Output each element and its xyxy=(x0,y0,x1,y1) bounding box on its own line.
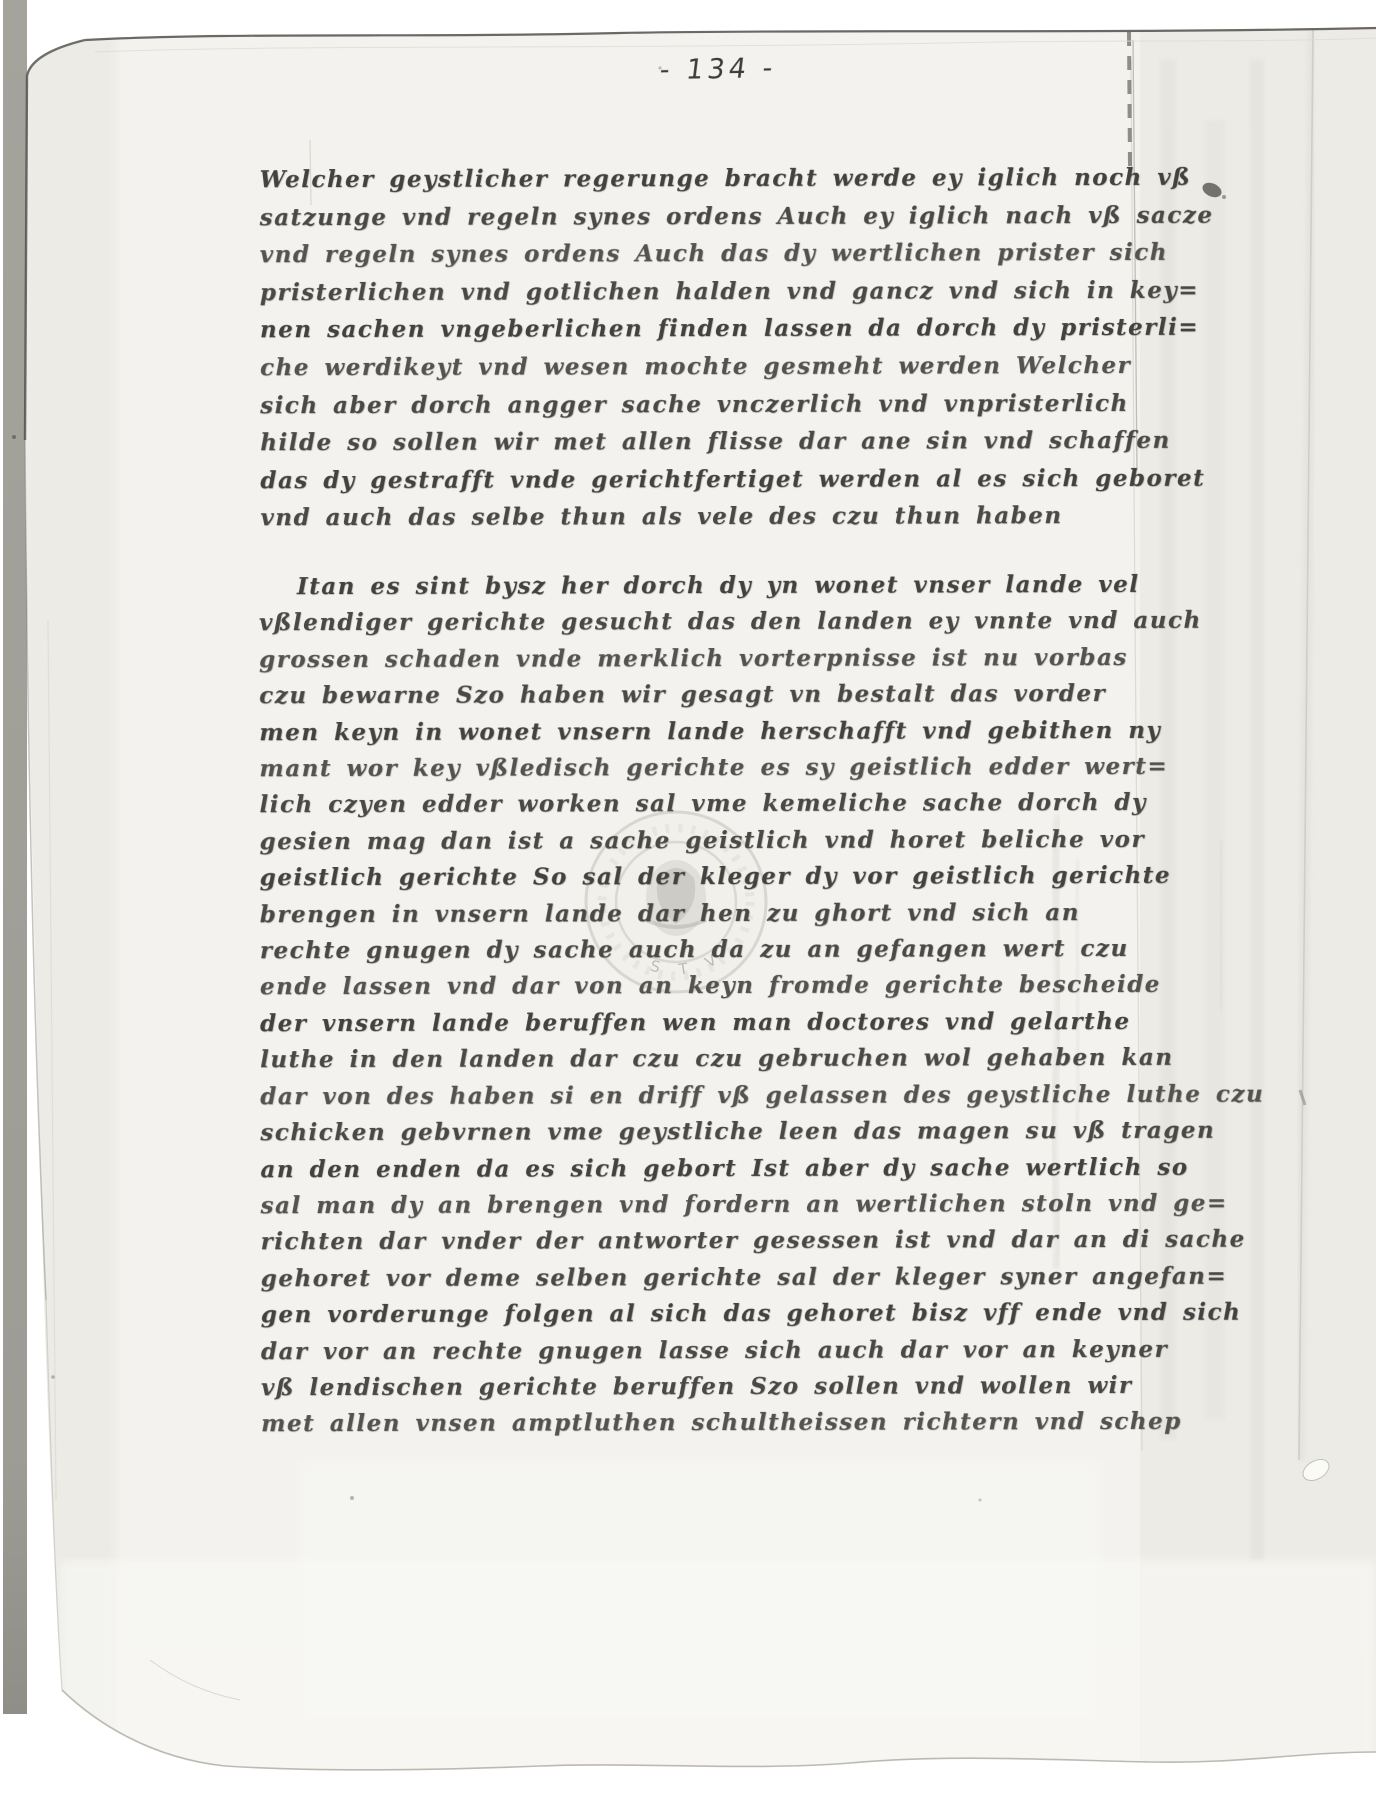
manuscript-line: an den enden da es sich gebort Ist aber … xyxy=(260,1149,1190,1188)
manuscript-line: met allen vnsen amptluthen schultheissen… xyxy=(261,1404,1191,1443)
page-number: - 134 - xyxy=(658,53,782,86)
manuscript-paragraph-1: Welcher geystlicher regerunge bracht wer… xyxy=(260,159,1191,537)
manuscript-line: grossen schaden vnde merklich vorterpnis… xyxy=(259,640,1189,679)
manuscript-line: gesien mag dan ist a sache geistlich vnd… xyxy=(260,822,1190,861)
manuscript-line: czu bewarne Szo haben wir gesagt vn best… xyxy=(259,676,1189,715)
manuscript-line: gehoret vor deme selben gerichte sal der… xyxy=(261,1259,1191,1298)
manuscript-line: richten dar vnder der antworter gesessen… xyxy=(261,1222,1191,1261)
manuscript-line: geistlich gerichte So sal der kleger dy … xyxy=(260,858,1190,897)
manuscript-line: che werdikeyt vnd wesen mochte gesmeht w… xyxy=(260,347,1190,387)
manuscript-line: mant wor key vßledisch gerichte es sy ge… xyxy=(259,749,1189,788)
manuscript-line: sal man dy an brengen vnd fordern an wer… xyxy=(260,1186,1190,1225)
manuscript-line: schicken gebvrnen vme geystliche leen da… xyxy=(260,1113,1190,1152)
manuscript-line: men keyn in wonet vnsern lande herschaff… xyxy=(259,712,1189,751)
manuscript-line: Welcher geystlicher regerunge bracht wer… xyxy=(260,159,1190,199)
manuscript-line: ende lassen vnd dar von an keyn fromde g… xyxy=(260,967,1190,1006)
manuscript-line: luthe in den landen dar czu czu gebruche… xyxy=(260,1040,1190,1079)
manuscript-line: sich aber dorch angger sache vnczerlich … xyxy=(260,384,1190,424)
manuscript-line: vßlendiger gerichte gesucht das den land… xyxy=(259,603,1189,642)
manuscript-line: satzunge vnd regeln synes ordens Auch ey… xyxy=(260,196,1190,236)
manuscript-line: der vnsern lande beruffen wen man doctor… xyxy=(260,1004,1190,1043)
manuscript-scan-photo: S T V xyxy=(0,0,1376,1810)
manuscript-line: pristerlichen vnd gotlichen halden vnd g… xyxy=(260,272,1190,312)
manuscript-line: Itan es sint bysz her dorch dy yn wonet … xyxy=(259,567,1189,606)
manuscript-line: vnd regeln synes ordens Auch das dy wert… xyxy=(260,234,1190,274)
manuscript-line: brengen in vnsern lande dar hen zu ghort… xyxy=(260,894,1190,933)
manuscript-line: nen sachen vngeberlichen finden lassen d… xyxy=(260,309,1190,349)
manuscript-line: rechte gnugen dy sache auch da zu an gef… xyxy=(260,931,1190,970)
manuscript-line: lich czyen edder worken sal vme kemelich… xyxy=(259,785,1189,824)
manuscript-line: dar von des haben si en driff vß gelasse… xyxy=(260,1076,1190,1115)
manuscript-line: dar vor an rechte gnugen lasse sich auch… xyxy=(261,1331,1191,1370)
manuscript-line: vnd auch das selbe thun als vele des czu… xyxy=(260,497,1190,537)
manuscript-line: gen vorderunge folgen al sich das gehore… xyxy=(261,1295,1191,1334)
scanner-strip xyxy=(3,0,27,1714)
manuscript-line: hilde so sollen wir met allen flisse dar… xyxy=(260,422,1190,462)
manuscript-line: das dy gestrafft vnde gerichtfertiget we… xyxy=(260,460,1190,500)
manuscript-line: vß lendischen gerichte beruffen Szo soll… xyxy=(261,1368,1191,1407)
manuscript-paragraph-2: Itan es sint bysz her dorch dy yn wonet … xyxy=(259,567,1191,1443)
